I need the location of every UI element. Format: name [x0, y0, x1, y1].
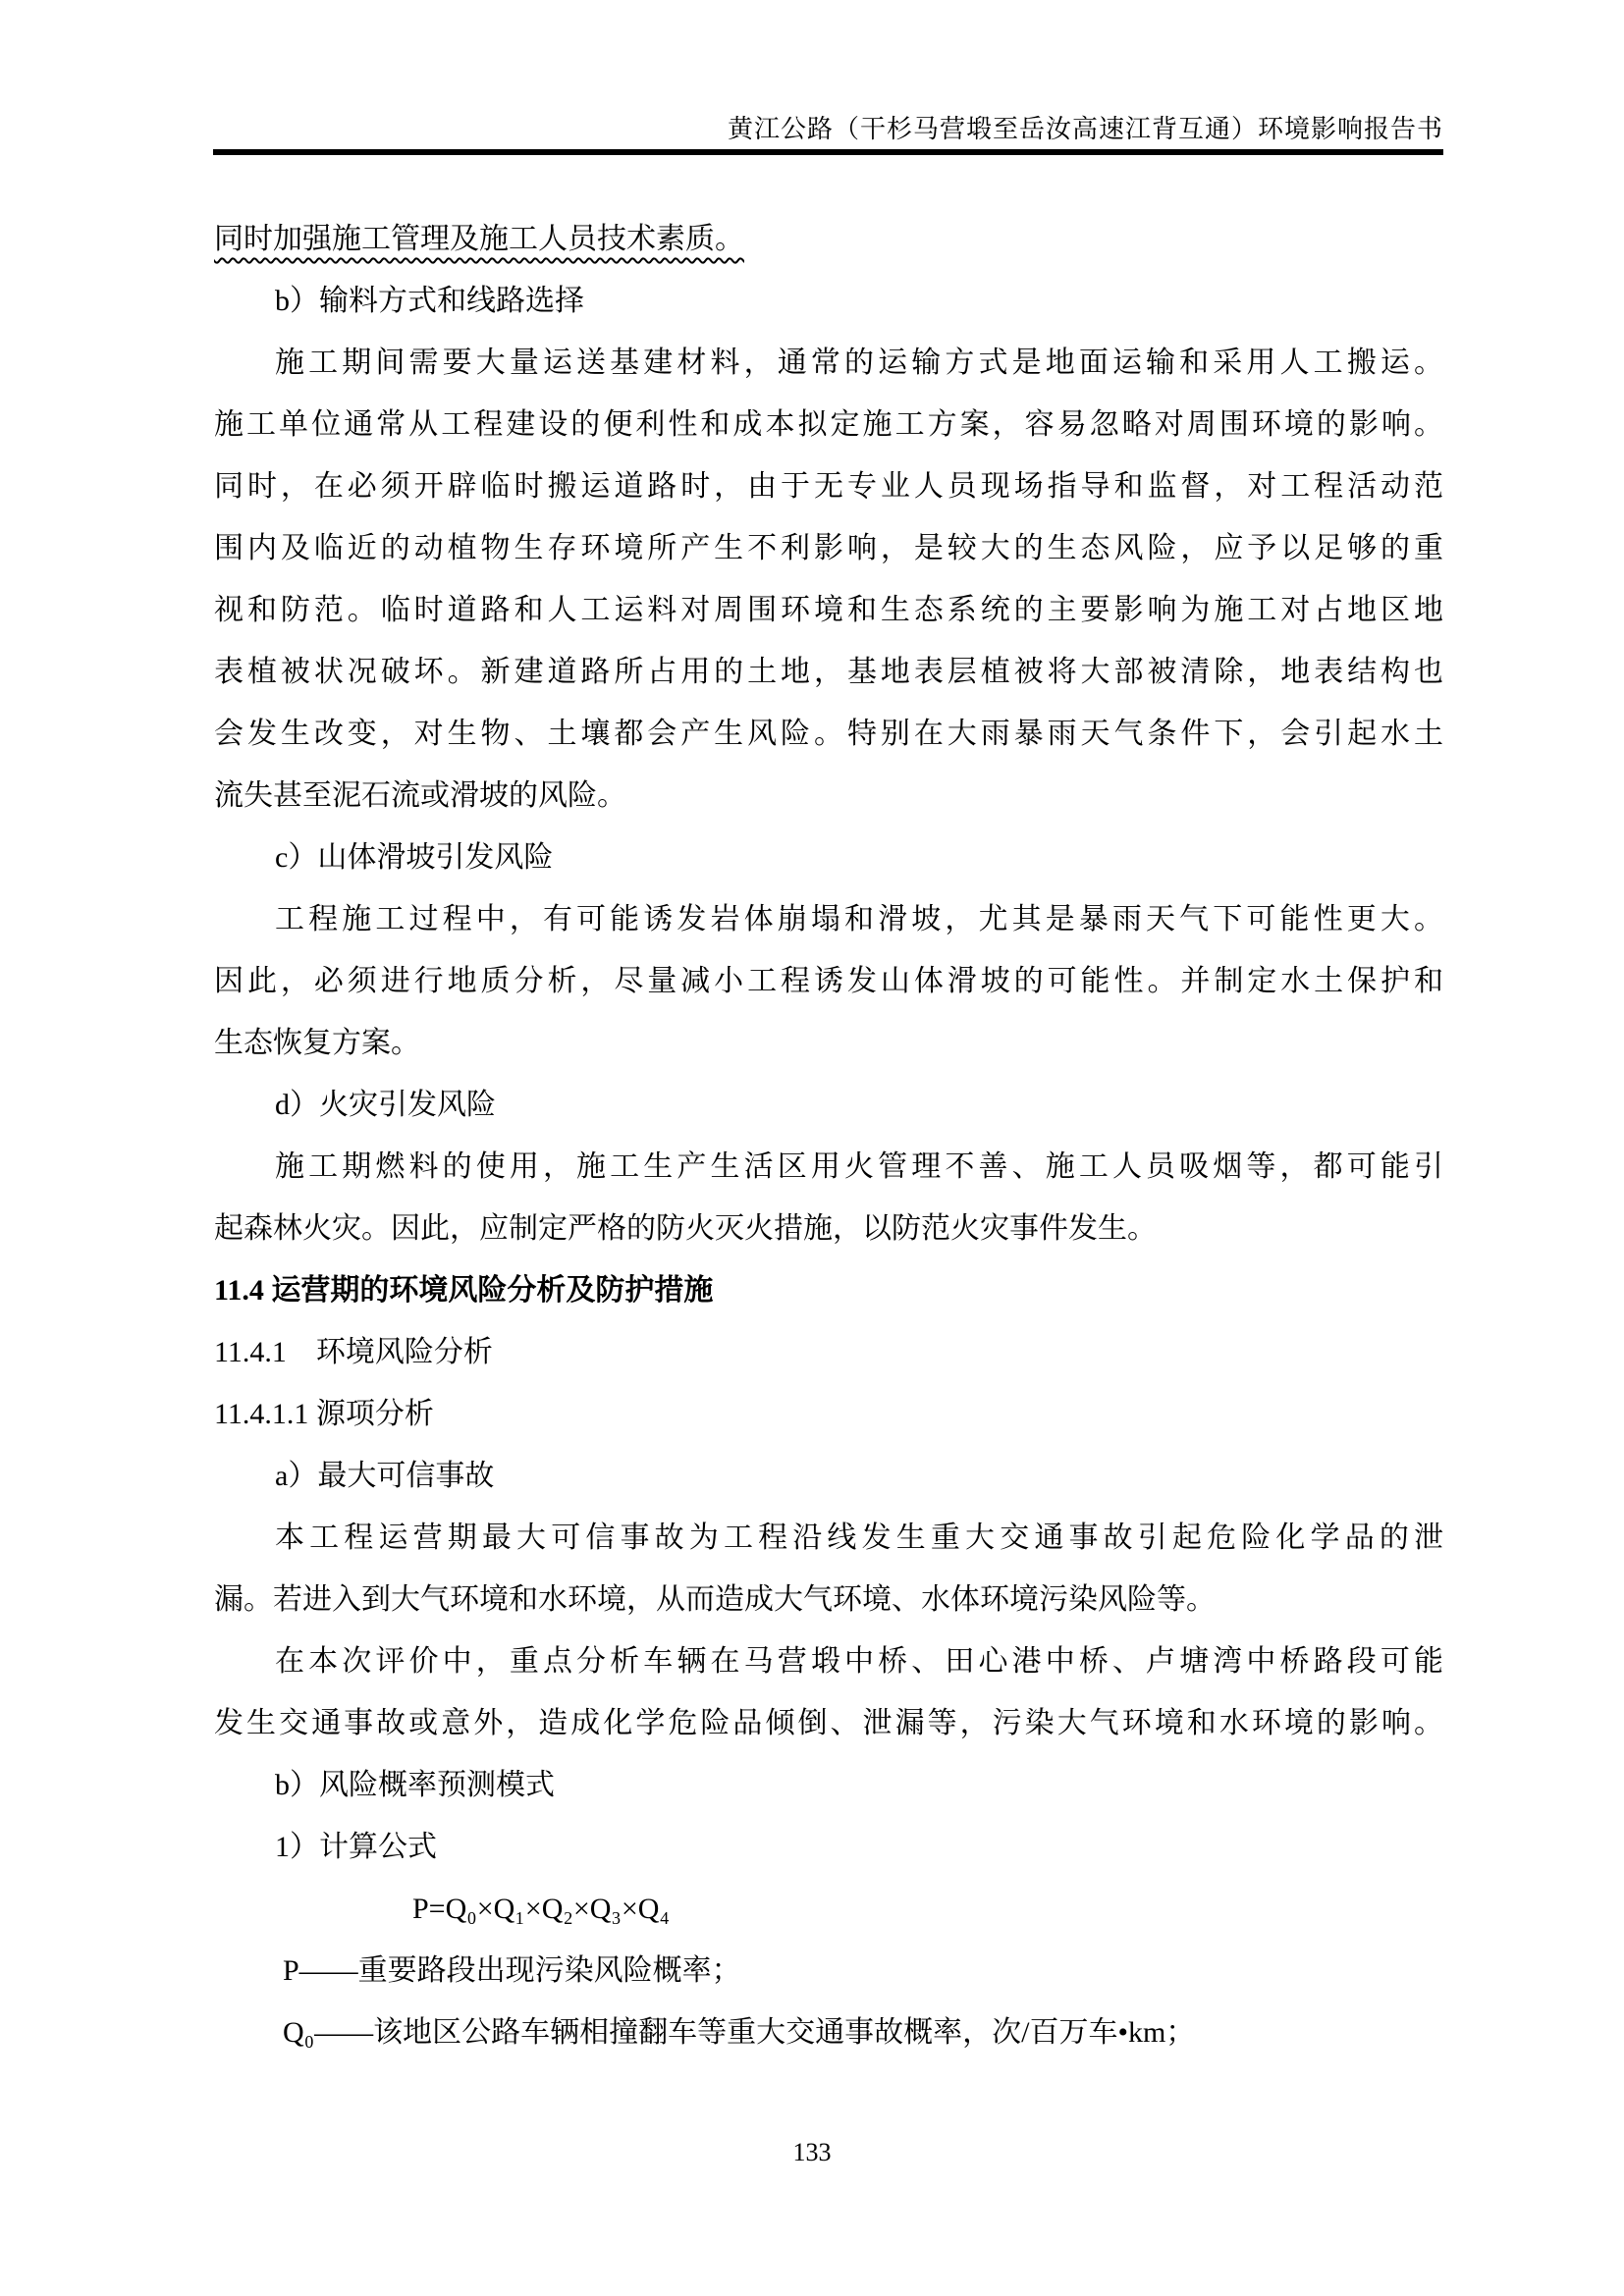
- document-page: 黄江公路（干杉马营塅至岳汝高速江背互通）环境影响报告书 同时加强施工管理及施工人…: [0, 0, 1624, 2296]
- item-a-heading: a）最大可信事故: [214, 1445, 1443, 1507]
- body-line: 施工期间需要大量运送基建材料，通常的运输方式是地面运输和采用人工搬运。: [214, 332, 1443, 394]
- item-1-heading: 1）计算公式: [214, 1816, 1443, 1878]
- body-line: 流失甚至泥石流或滑坡的风险。: [214, 765, 1443, 827]
- body-line: 工程施工过程中，有可能诱发岩体崩塌和滑坡，尤其是暴雨天气下可能性更大。: [214, 888, 1443, 950]
- body-line: 施工单位通常从工程建设的便利性和成本拟定施工方案，容易忽略对周围环境的影响。: [214, 394, 1443, 455]
- body-line: 视和防范。临时道路和人工运料对周围环境和生态系统的主要影响为施工对占地区地: [214, 579, 1443, 641]
- body-line: 在本次评价中，重点分析车辆在马营塅中桥、田心港中桥、卢塘湾中桥路段可能: [214, 1630, 1443, 1692]
- body-text: 同时加强施工管理及施工人员技术素质。b）输料方式和线路选择施工期间需要大量运送基…: [214, 208, 1443, 2063]
- heading-11-4-1-1: 11.4.1.1 源项分析: [214, 1383, 1443, 1445]
- body-line: 发生交通事故或意外，造成化学危险品倾倒、泄漏等，污染大气环境和水环境的影响。: [214, 1692, 1443, 1754]
- formula-line: P=Q₀×Q₁×Q₂×Q₃×Q₄: [214, 1878, 1443, 1940]
- body-line: 表植被状况破坏。新建道路所占用的土地，基地表层植被将大部被清除，地表结构也: [214, 641, 1443, 703]
- body-line: 本工程运营期最大可信事故为工程沿线发生重大交通事故引起危险化学品的泄: [214, 1507, 1443, 1569]
- item-d-heading: d）火灾引发风险: [214, 1074, 1443, 1136]
- body-line: 漏。若进入到大气环境和水环境，从而造成大气环境、水体环境污染风险等。: [214, 1569, 1443, 1630]
- heading-11-4: 11.4 运营期的环境风险分析及防护措施: [214, 1259, 1443, 1321]
- header-divider-rule: [213, 149, 1443, 155]
- heading-11-4-1: 11.4.1 环境风险分析: [214, 1321, 1443, 1383]
- p-definition-line: P——重要路段出现污染风险概率；: [214, 1940, 1443, 2002]
- body-line: 起森林火灾。因此，应制定严格的防火灭火措施，以防范火灾事件发生。: [214, 1198, 1443, 1259]
- body-line: 施工期燃料的使用，施工生产生活区用火管理不善、施工人员吸烟等，都可能引: [214, 1136, 1443, 1198]
- body-line: 因此，必须进行地质分析，尽量减小工程诱发山体滑坡的可能性。并制定水土保护和: [214, 950, 1443, 1012]
- page-header-title: 黄江公路（干杉马营塅至岳汝高速江背互通）环境影响报告书: [214, 114, 1443, 145]
- page-number: 133: [0, 2138, 1624, 2167]
- underlined-continuation-line: 同时加强施工管理及施工人员技术素质。: [214, 208, 1443, 270]
- body-line: 同时，在必须开辟临时搬运道路时，由于无专业人员现场指导和监督，对工程活动范: [214, 455, 1443, 517]
- q0-definition-line: Q₀——该地区公路车辆相撞翻车等重大交通事故概率，次/百万车•km；: [214, 2002, 1443, 2063]
- body-line: 会发生改变，对生物、土壤都会产生风险。特别在大雨暴雨天气条件下，会引起水土: [214, 703, 1443, 765]
- item-b-heading: b）输料方式和线路选择: [214, 270, 1443, 332]
- body-line: 围内及临近的动植物生存环境所产生不利影响，是较大的生态风险，应予以足够的重: [214, 517, 1443, 579]
- item-c-heading: c）山体滑坡引发风险: [214, 827, 1443, 888]
- item-b2-heading: b）风险概率预测模式: [214, 1754, 1443, 1816]
- body-line: 生态恢复方案。: [214, 1012, 1443, 1074]
